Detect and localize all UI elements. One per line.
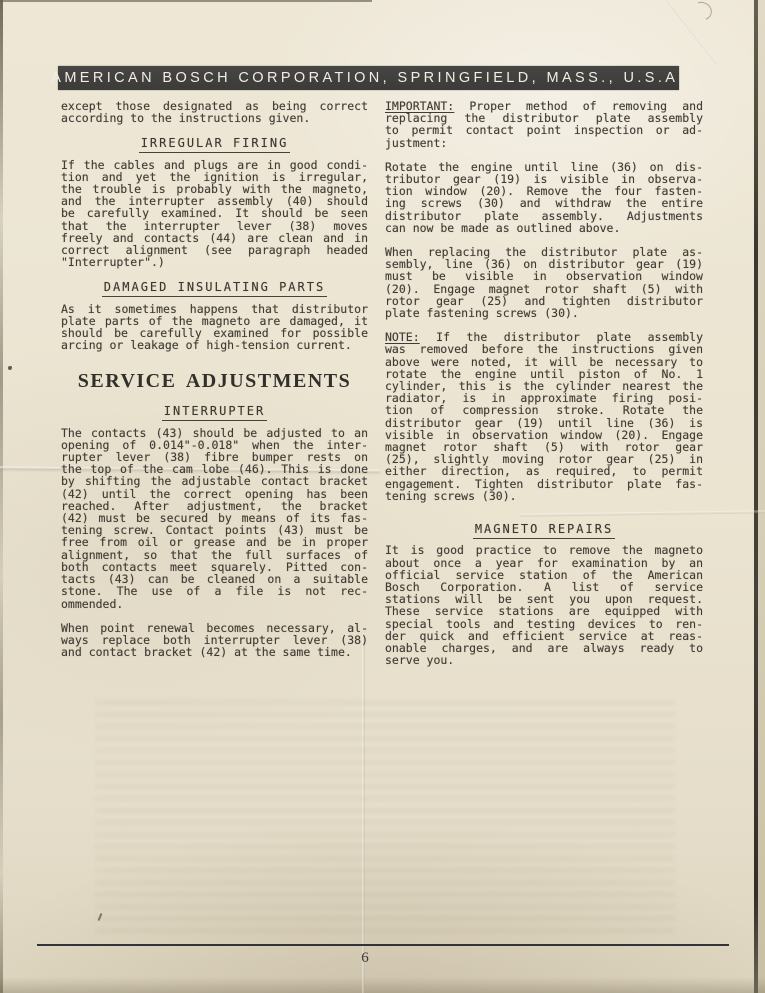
ink-speck — [8, 366, 12, 370]
paragraph: IMPORTANT: Proper method of removing and… — [385, 100, 703, 149]
section-heading: DAMAGED INSULATING PARTS — [61, 281, 368, 293]
paragraph: NOTE: If the distributor plate assemblyw… — [385, 331, 703, 502]
text-line: either direction, as required, to permit — [385, 465, 703, 477]
text-line: "Interrupter".) — [61, 256, 368, 268]
text-line: to permit contact point inspection or ad… — [385, 124, 703, 136]
scan-shadow-bottom — [0, 977, 765, 993]
section-heading: INTERRUPTER — [61, 405, 368, 417]
right-column: IMPORTANT: Proper method of removing and… — [385, 100, 703, 666]
paragraph: When replacing the distributor plate as-… — [385, 246, 703, 319]
text-line: ommended. — [61, 598, 368, 610]
masthead-banner: AMERICAN BOSCH CORPORATION, SPRINGFIELD,… — [58, 66, 679, 90]
text-line: stone. The use of a file is not rec- — [61, 585, 368, 597]
text-line: was removed before the instructions give… — [385, 343, 703, 355]
scan-edge-left — [0, 0, 3, 993]
document-page: AMERICAN BOSCH CORPORATION, SPRINGFIELD,… — [0, 0, 765, 993]
show-through-artifact — [95, 700, 675, 935]
section-heading: MAGNETO REPAIRS — [385, 523, 703, 535]
paragraph: Rotate the engine until line (36) on dis… — [385, 161, 703, 234]
text-line: plate fastening screws (30). — [385, 307, 703, 319]
text-line: can now be made as outlined above. — [385, 222, 703, 234]
text-line: If the cables and plugs are in good cond… — [61, 159, 368, 171]
heading-text: MAGNETO REPAIRS — [473, 522, 615, 539]
scan-edge-right-outer — [758, 0, 765, 993]
text-line: free from oil or grease and be in proper — [61, 536, 368, 548]
scan-edge-right — [754, 0, 758, 993]
text-line: by shifting the adjustable contact brack… — [61, 475, 368, 487]
paragraph: If the cables and plugs are in good cond… — [61, 159, 368, 269]
paragraph: When point renewal becomes necessary, al… — [61, 622, 368, 659]
heading-text: INTERRUPTER — [162, 404, 267, 421]
text-line: that the interrupter lever (38) moves — [61, 220, 368, 232]
text-line: It is good practice to remove the magnet… — [385, 544, 703, 556]
text-line: distributor plate assembly. Adjustments — [385, 210, 703, 222]
scan-edge-top — [0, 0, 372, 2]
text-line: and contact bracket (42) at the same tim… — [61, 646, 368, 658]
section-title: SERVICE ADJUSTMENTS — [61, 370, 368, 392]
text-line: special tools and testing devices to ren… — [385, 618, 703, 630]
thread-artifact — [689, 0, 715, 23]
heading-text: IRREGULAR FIRING — [139, 136, 291, 153]
heading-text: SERVICE ADJUSTMENTS — [78, 370, 352, 392]
text-line: serve you. — [385, 654, 703, 666]
paragraph: As it sometimes happens that distributor… — [61, 303, 368, 352]
text-line: tion of compression stroke. Rotate the — [385, 404, 703, 416]
text-line: must be visible in observation window — [385, 270, 703, 282]
text-line: As it sometimes happens that distributor — [61, 303, 368, 315]
text-line: These service stations are equipped with — [385, 605, 703, 617]
text-line: according to the instructions given. — [61, 112, 368, 124]
left-column: except those designated as being correct… — [61, 100, 368, 658]
text-line: ing screws (30) and withdraw the entire — [385, 197, 703, 209]
text-line: (20). Engage magnet rotor shaft (5) with — [385, 283, 703, 295]
text-line: justment: — [385, 137, 703, 149]
section-heading: IRREGULAR FIRING — [61, 137, 368, 149]
text-line: arcing or leakage of high-tension curren… — [61, 339, 368, 351]
text-line: be carefully examined. It should be seen — [61, 207, 368, 219]
paragraph: It is good practice to remove the magnet… — [385, 544, 703, 666]
text-line: tening screws (30). — [385, 490, 703, 502]
masthead-text: AMERICAN BOSCH CORPORATION, SPRINGFIELD,… — [51, 70, 686, 86]
text-line: about once a year for examination by an — [385, 557, 703, 569]
footer-rule — [37, 944, 729, 946]
page-number: 6 — [340, 950, 390, 967]
paragraph: except those designated as being correct… — [61, 100, 368, 124]
paragraph: The contacts (43) should be adjusted to … — [61, 427, 368, 610]
heading-text: DAMAGED INSULATING PARTS — [102, 280, 327, 297]
